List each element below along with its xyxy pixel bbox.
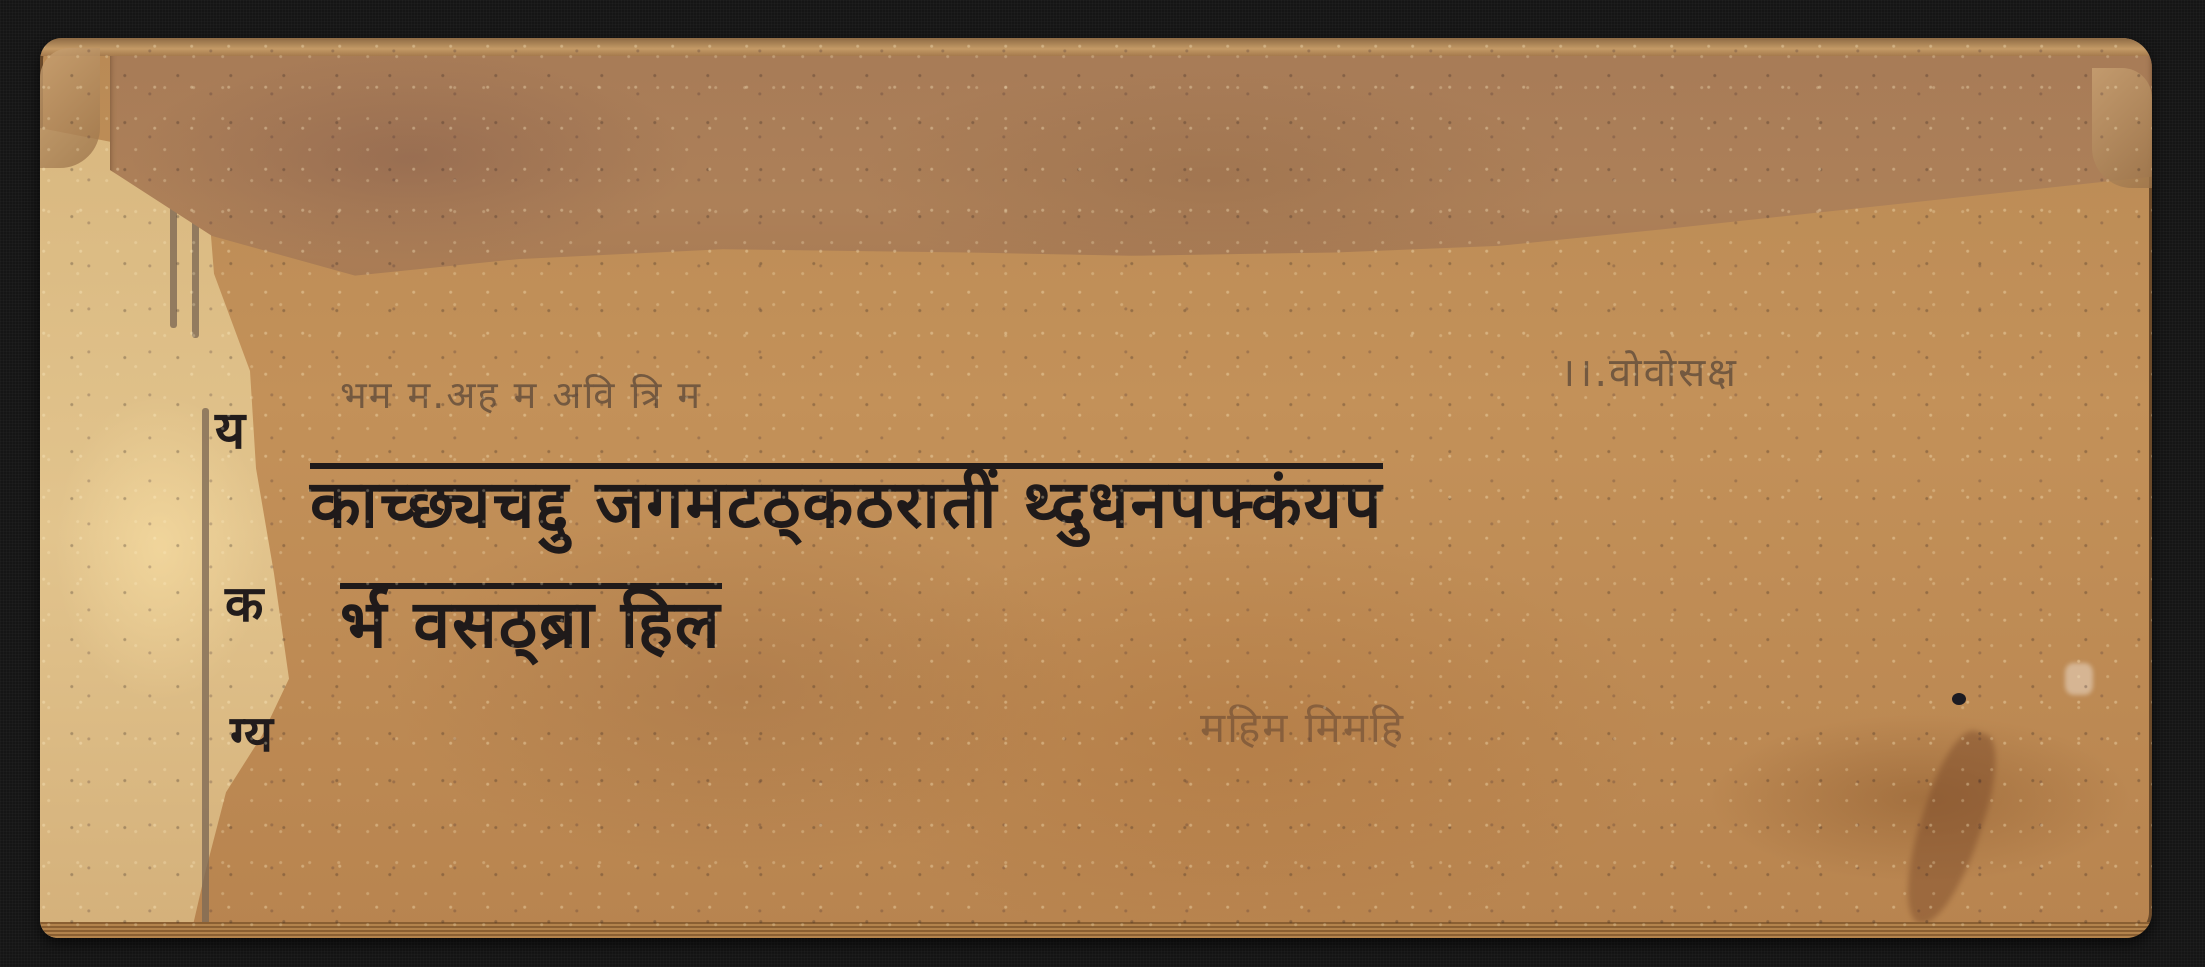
margin-rule-line <box>202 408 209 938</box>
drip-stain <box>1891 724 2010 933</box>
bottom-edge <box>40 922 2152 938</box>
ghost-script-line: महिम मिमहि <box>1200 698 1405 755</box>
inner-page-glyph: य <box>215 393 245 464</box>
torn-top-flap <box>110 38 2152 368</box>
corner-wear <box>40 48 100 168</box>
manuscript-cover: य क ग्य भम म.अह म अवि त्रि म ।।.वोवोसक्ष… <box>40 38 2152 938</box>
light-spot <box>2065 663 2093 695</box>
inner-page-glyph: ग्य <box>230 698 273 766</box>
faint-script-line: भम म.अह म अवि त्रि म <box>340 368 702 420</box>
main-script-line: काच्छ्यचद्दु जगमटठ्कठरातीं थ्दुधनपफ्कंयप <box>310 463 1383 541</box>
main-script-line: र्भ वसठ्ब्रा हिल <box>340 583 722 661</box>
photo-scene: य क ग्य भम म.अह म अवि त्रि म ।।.वोवोसक्ष… <box>0 0 2205 967</box>
corner-wear <box>2092 68 2152 188</box>
ink-dot <box>1952 693 1966 705</box>
top-edge <box>40 38 2152 56</box>
faint-script-line: ।।.वोवोसक्ष <box>1560 343 1738 398</box>
inner-page-glyph: क <box>225 568 263 636</box>
